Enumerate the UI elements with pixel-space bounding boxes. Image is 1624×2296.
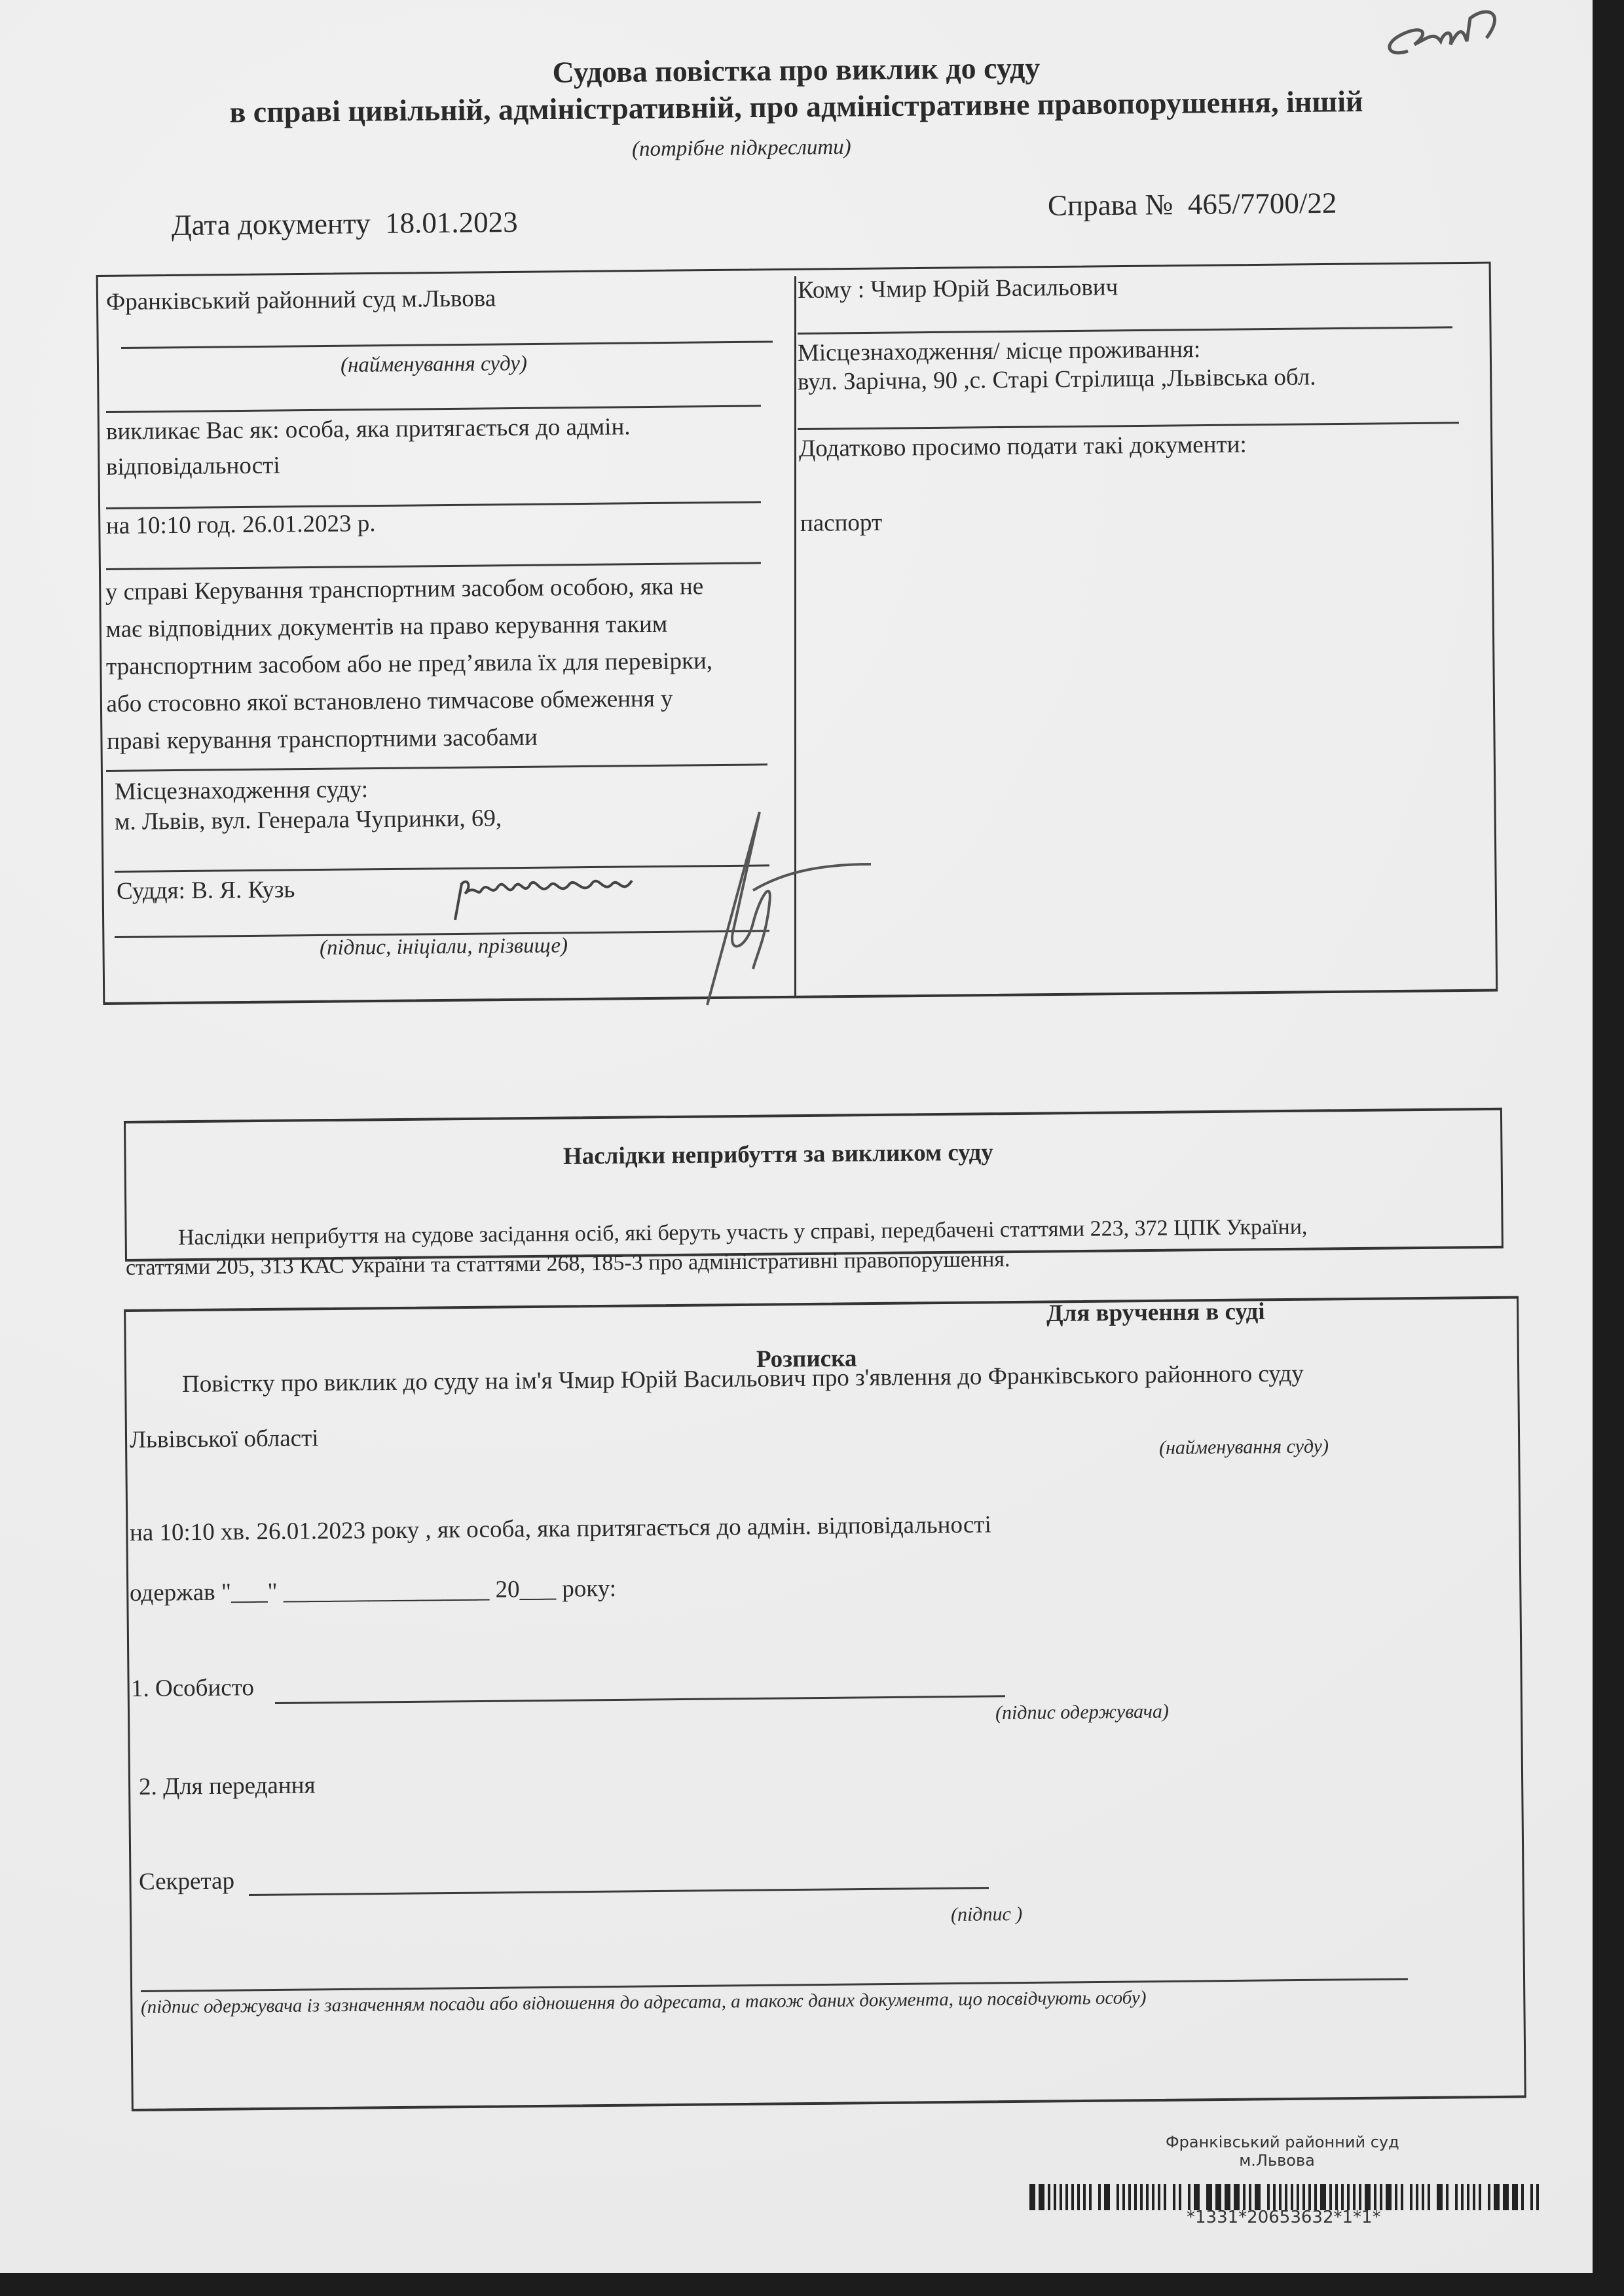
footer-court: Франківський районний суд м.Львова [1166, 2133, 1388, 2170]
hearing-time: на 10:10 год. 26.01.2023 р. [106, 509, 376, 540]
case-description-line: праві керування транспортними засобами [107, 717, 714, 760]
document-date-value: 18.01.2023 [385, 206, 518, 240]
personally-hint: (підпис одержувача) [995, 1700, 1169, 1724]
clerk-signature [694, 799, 877, 1008]
title-hint: (потрібне підкреслити) [632, 136, 851, 162]
court-location-label: Місцезнаходження суду: [115, 775, 368, 806]
document-page: Судова повістка про виклик до суду в спр… [0, 0, 1593, 2273]
secretary-hint: (підпис ) [951, 1903, 1023, 1926]
case-number-value: 465/7700/22 [1188, 187, 1337, 221]
summons-role-line2: відповідальності [106, 451, 280, 481]
court-name-hint: (найменування суду) [341, 352, 527, 378]
case-number-label: Справа № [1048, 188, 1173, 222]
receipt-line2: Львівської області [130, 1424, 319, 1454]
document-date: Дата документу 18.01.2023 [172, 205, 518, 242]
judge-name: Суддя: В. Я. Кузь [117, 875, 295, 905]
footer-court-line2: м.Львова [1166, 2151, 1388, 2170]
court-name: Франківський районний суд м.Львова [106, 284, 496, 316]
case-number: Справа № 465/7700/22 [1048, 186, 1337, 223]
receipt-court-hint: (найменування суду) [1159, 1436, 1329, 1459]
signature-hint: (підпис, ініціали, прізвище) [320, 934, 568, 960]
received-date-field[interactable]: одержав "___" _________________ 20___ ро… [130, 1575, 616, 1607]
for-delivery-label: Для вручення в суді [1046, 1298, 1265, 1328]
summons-role-line1: викликає Вас як: особа, яка притягається… [106, 412, 631, 446]
case-description: у справі Керування транспортним засобом … [105, 568, 714, 760]
case-description-line: має відповідних документів на право керу… [105, 605, 712, 648]
secretary-label: Секретар [139, 1867, 234, 1896]
case-description-line: або стосовно якої встановлено тимчасове … [106, 680, 713, 723]
footer-court-line1: Франківський районний суд [1166, 2133, 1388, 2151]
personally-label: 1. Особисто [131, 1673, 254, 1703]
recipient-name: Кому : Чмир Юрій Васильович [798, 273, 1118, 304]
documents-label: Додатково просимо подати такі документи: [799, 430, 1247, 463]
case-description-line: у справі Керування транспортним засобом … [105, 568, 712, 611]
document-date-label: Дата документу [172, 207, 371, 242]
case-description-line: транспортним засобом або не пред’явила ї… [106, 642, 713, 685]
address-label: Місцезнаходження/ місце проживання: [798, 335, 1201, 367]
barcode [1029, 2184, 1545, 2210]
required-documents: паспорт [800, 509, 883, 538]
barcode-text: *1331*20653632*1*1* [1187, 2208, 1381, 2227]
for-transfer-label: 2. Для передання [139, 1771, 316, 1801]
judge-signature [452, 871, 668, 923]
court-location: м. Львів, вул. Генерала Чупринки, 69, [115, 804, 502, 836]
recipient-address: вул. Зарічна, 90 ,с. Старі Стрілища ,Льв… [798, 363, 1316, 396]
consequences-title: Наслідки неприбуття за викликом суду [563, 1139, 993, 1171]
